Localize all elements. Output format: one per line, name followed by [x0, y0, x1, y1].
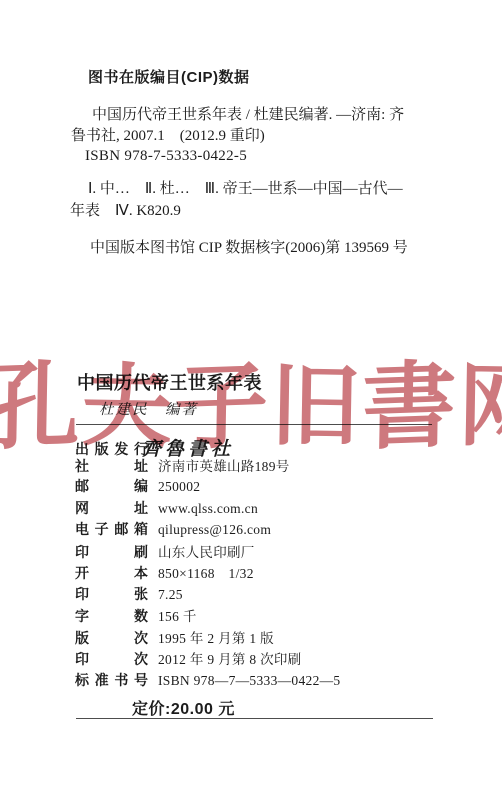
colophon-row: 印张 7.25 [75, 584, 455, 606]
colophon-row: 网址 www.qlss.com.cn [75, 498, 455, 520]
cip-isbn-line: ISBN 978-7-5333-0422-5 [71, 146, 451, 167]
label-char: 邮 [114, 519, 128, 539]
colophon-row: 字数 156 千 [75, 605, 455, 627]
book-author: 杜建民 编著 [99, 398, 198, 419]
label-char: 开 [75, 563, 89, 583]
colophon-row-label: 邮编 [75, 476, 148, 496]
label-char: 印 [75, 649, 89, 669]
colophon-row-label: 印张 [75, 584, 148, 604]
label-char: 张 [134, 584, 148, 604]
colophon-row: 社址 济南市英雄山路189号 [75, 455, 455, 477]
colophon-row: 印次 2012 年 9 月第 8 次印刷 [75, 648, 455, 670]
cip-heading: 图书在版编目(CIP)数据 [88, 66, 250, 87]
cip-classification-line1: Ⅰ. 中… Ⅱ. 杜… Ⅲ. 帝王—世系—中国—古代— [70, 178, 450, 200]
colophon-table: 出版发行 齊魯書社 社址 济南市英雄山路189号 邮编 250002 网址 ww… [75, 433, 455, 719]
price-line: 定价:20.00 元 [132, 696, 455, 719]
colophon-row-value: 156 千 [158, 605, 197, 625]
colophon-row-value: 250002 [158, 479, 200, 495]
colophon-row-label: 印刷 [75, 542, 148, 562]
colophon-rows: 出版发行 齊魯書社 社址 济南市英雄山路189号 邮编 250002 网址 ww… [75, 433, 455, 691]
colophon-row-label: 电子邮箱 [75, 519, 148, 539]
colophon-row-value: qilupress@126.com [158, 522, 271, 538]
label-char: 邮 [75, 476, 89, 496]
colophon-row-value: 850×1168 1/32 [158, 562, 254, 582]
colophon-row-value: www.qlss.com.cn [158, 501, 258, 517]
cip-entry: 中国历代帝王世系年表 / 杜建民编著. —济南: 齐 鲁书社, 2007.1 (… [71, 105, 451, 167]
cip-classification: Ⅰ. 中… Ⅱ. 杜… Ⅲ. 帝王—世系—中国—古代— 年表 Ⅳ. K820.9 [70, 178, 450, 222]
cip-entry-line1: 中国历代帝王世系年表 / 杜建民编著. —济南: 齐 [71, 105, 451, 126]
book-title: 中国历代帝王世系年表 [77, 369, 262, 395]
colophon-row: 标准书号 ISBN 978—7—5333—0422—5 [75, 670, 455, 692]
label-char: 字 [75, 606, 89, 626]
divider-line-bottom [76, 718, 433, 719]
colophon-row: 出版发行 齊魯書社 [75, 433, 455, 455]
colophon-row: 电子邮箱 qilupress@126.com [75, 519, 455, 541]
divider-line-top [76, 424, 432, 425]
cip-record-number: 中国版本图书馆 CIP 数据核字(2006)第 139569 号 [90, 236, 408, 257]
label-char: 社 [75, 456, 89, 476]
label-char: 号 [134, 670, 148, 690]
label-char: 准 [95, 670, 109, 690]
book-copyright-page: 图书在版编目(CIP)数据 中国历代帝王世系年表 / 杜建民编著. —济南: 齐… [0, 0, 502, 800]
colophon-row-label: 网址 [75, 498, 148, 518]
cip-entry-line2: 鲁书社, 2007.1 (2012.9 重印) [71, 126, 451, 147]
colophon-row-value: 1995 年 2 月第 1 版 [158, 627, 274, 647]
colophon-row: 印刷 山东人民印刷厂 [75, 541, 455, 563]
label-char: 箱 [134, 519, 148, 539]
label-char: 书 [114, 670, 128, 690]
label-char: 次 [134, 649, 148, 669]
colophon-row-value: 2012 年 9 月第 8 次印刷 [158, 648, 301, 668]
watermark-char: 孔 [0, 358, 81, 455]
colophon-row: 开本 850×1168 1/32 [75, 562, 455, 584]
label-char: 标 [75, 670, 89, 690]
colophon-row-label: 社址 [75, 456, 148, 476]
colophon-row: 版次 1995 年 2 月第 1 版 [75, 627, 455, 649]
colophon-row-label: 标准书号 [75, 670, 148, 690]
cip-classification-line2: 年表 Ⅳ. K820.9 [70, 200, 450, 222]
label-char: 本 [134, 563, 148, 583]
colophon-row-label: 字数 [75, 606, 148, 626]
label-char: 次 [134, 628, 148, 648]
label-char: 子 [95, 519, 109, 539]
label-char: 数 [134, 606, 148, 626]
colophon-row-value: 7.25 [158, 587, 183, 603]
label-char: 电 [75, 519, 89, 539]
colophon-row-value: ISBN 978—7—5333—0422—5 [158, 673, 340, 689]
colophon-row-value: 齊魯書社 [142, 434, 234, 461]
label-char: 刷 [134, 542, 148, 562]
colophon-row-label: 印次 [75, 649, 148, 669]
label-char: 网 [75, 498, 89, 518]
colophon-row-value: 山东人民印刷厂 [158, 541, 255, 561]
colophon-row-label: 开本 [75, 563, 148, 583]
watermark-char: 网 [457, 361, 502, 453]
label-char: 编 [134, 476, 148, 496]
label-char: 印 [75, 584, 89, 604]
label-char: 址 [134, 498, 148, 518]
colophon-row: 邮编 250002 [75, 476, 455, 498]
label-char: 版 [75, 628, 89, 648]
colophon-row-label: 版次 [75, 628, 148, 648]
label-char: 印 [75, 542, 89, 562]
